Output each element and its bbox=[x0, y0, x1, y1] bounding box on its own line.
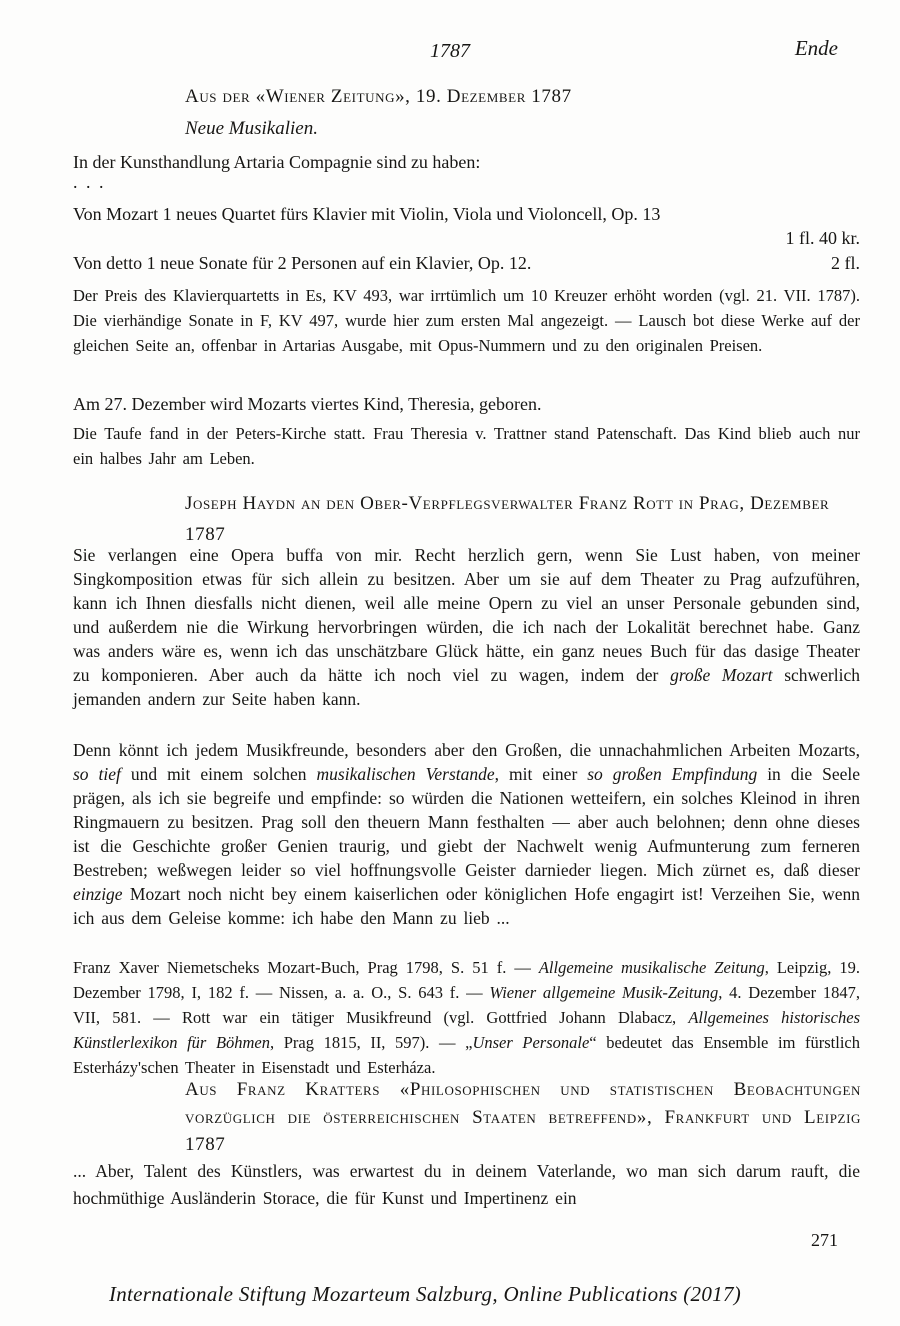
kratters-excerpt: ... Aber, Talent des Künstlers, was erwa… bbox=[73, 1158, 860, 1212]
catalog-item-2-price: 2 fl. bbox=[831, 253, 860, 274]
running-head-year: 1787 bbox=[0, 40, 900, 63]
page-number: 271 bbox=[811, 1230, 838, 1251]
haydn-letter-paragraph-1: Sie verlangen eine Opera buffa von mir. … bbox=[73, 543, 860, 711]
section-heading-kratters: Aus Franz Kratters «Philosophischen und … bbox=[185, 1076, 861, 1159]
catalog-item-1-text: Von Mozart 1 neues Quartet fürs Klavier … bbox=[73, 202, 860, 226]
catalog-item-2-text: Von detto 1 neue Sonate für 2 Personen a… bbox=[73, 253, 531, 274]
book-page: 1787 Ende Aus der «Wiener Zeitung», 19. … bbox=[0, 0, 900, 1326]
birth-note-main: Am 27. Dezember wird Mozarts viertes Kin… bbox=[73, 394, 860, 415]
editorial-commentary-prices: Der Preis des Klavierquartetts in Es, KV… bbox=[73, 283, 860, 358]
ellipsis-line: . . . bbox=[73, 172, 106, 193]
announcement-intro: In der Kunsthandlung Artaria Compagnie s… bbox=[73, 150, 860, 174]
section-heading-wiener-zeitung: Aus der «Wiener Zeitung», 19. Dezember 1… bbox=[185, 84, 861, 110]
birth-note-commentary: Die Taufe fand in der Peters-Kirche stat… bbox=[73, 421, 860, 471]
section-heading-haydn-letter: Joseph Haydn an den Ober-Verpflegsverwal… bbox=[185, 488, 861, 550]
haydn-letter-paragraph-2: Denn könnt ich jedem Musikfreunde, beson… bbox=[73, 738, 860, 930]
section-subtitle: Neue Musikalien. bbox=[185, 118, 318, 140]
catalog-item-1-price: 1 fl. 40 kr. bbox=[73, 228, 860, 249]
running-head-end: Ende bbox=[795, 36, 838, 61]
catalog-item-2: Von detto 1 neue Sonate für 2 Personen a… bbox=[73, 253, 860, 274]
footer-source-line: Internationale Stiftung Mozarteum Salzbu… bbox=[50, 1282, 800, 1307]
haydn-letter-footnote: Franz Xaver Niemetscheks Mozart-Buch, Pr… bbox=[73, 955, 860, 1080]
